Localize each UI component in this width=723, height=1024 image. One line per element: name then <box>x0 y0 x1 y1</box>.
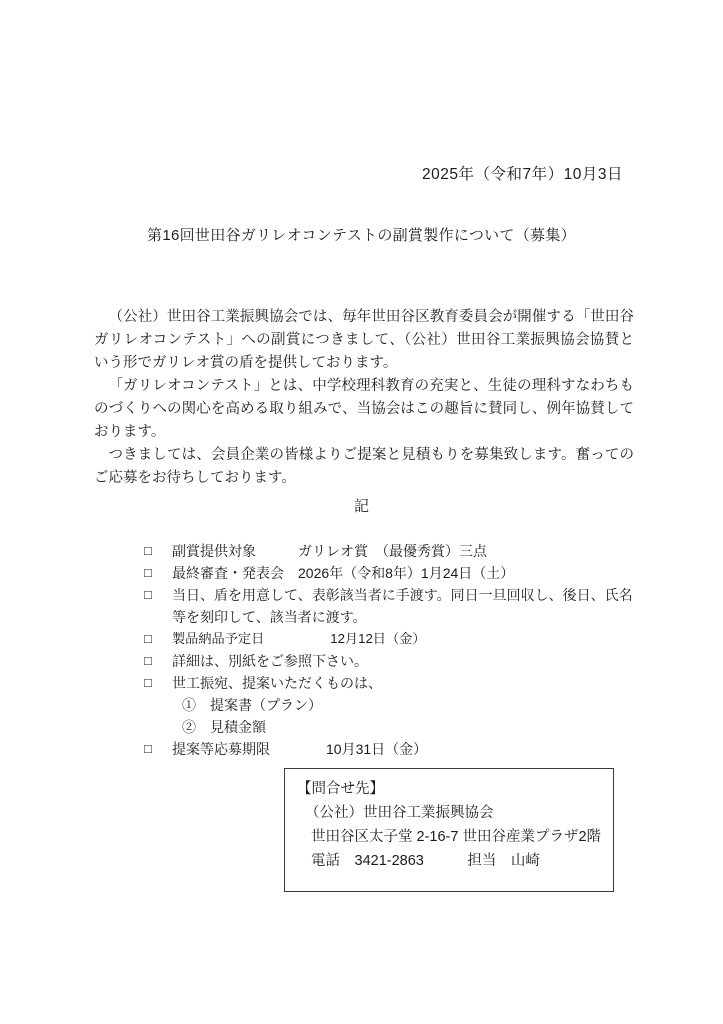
list-item: □ 世工振宛、提案いただくものは、 <box>144 672 644 694</box>
list-item: □ 提案等応募期限 10月31日（金） <box>144 738 644 760</box>
list-item: □ 副賞提供対象 ガリレオ賞 （最優秀賞）三点 <box>144 540 644 562</box>
checkbox-bullet-icon: □ <box>144 540 172 562</box>
document-title: 第16回世田谷ガリレオコンテストの副賞製作について（募集） <box>0 224 723 245</box>
document-date: 2025年（令和7年）10月3日 <box>422 162 623 184</box>
list-item-text: 世工振宛、提案いただくものは、 <box>172 672 640 694</box>
list-item: □ 製品納品予定日 12月12日（金） <box>144 628 644 650</box>
contact-address: 世田谷区太子堂 2-16-7 世田谷産業プラザ2階 <box>297 825 603 849</box>
contact-heading: 【問合せ先】 <box>297 777 603 801</box>
list-item: □ 詳細は、別紙をご参照下さい。 <box>144 650 644 672</box>
item-list: □ 副賞提供対象 ガリレオ賞 （最優秀賞）三点 □ 最終審査・発表会 2026年… <box>144 540 644 760</box>
list-item-text: 製品納品予定日 12月12日（金） <box>172 628 640 650</box>
checkbox-bullet-icon: □ <box>144 584 172 606</box>
paragraph-1: （公社）世田谷工業振興協会では、毎年世田谷区教育委員会が開催する「世田谷ガリレオ… <box>94 306 634 375</box>
list-item-text: 当日、盾を用意して、表彰該当者に手渡す。同日一旦回収し、後日、氏名等を刻印して、… <box>172 584 640 628</box>
paragraph-3: つきましては、会員企業の皆様よりご提案と見積もりを募集致します。奮ってのご応募を… <box>94 444 634 490</box>
contact-org: （公社）世田谷工業振興協会 <box>297 801 603 825</box>
record-marker: 記 <box>0 495 723 516</box>
checkbox-bullet-icon: □ <box>144 738 172 760</box>
list-item: □ 当日、盾を用意して、表彰該当者に手渡す。同日一旦回収し、後日、氏名等を刻印し… <box>144 584 644 628</box>
list-item: □ 最終審査・発表会 2026年（令和8年）1月24日（土） <box>144 562 644 584</box>
checkbox-bullet-icon: □ <box>144 628 172 650</box>
sub-item: ② 見積金額 <box>144 716 644 738</box>
checkbox-bullet-icon: □ <box>144 672 172 694</box>
list-item-text: 最終審査・発表会 2026年（令和8年）1月24日（土） <box>172 562 640 584</box>
contact-box: 【問合せ先】 （公社）世田谷工業振興協会 世田谷区太子堂 2-16-7 世田谷産… <box>284 768 614 892</box>
checkbox-bullet-icon: □ <box>144 562 172 584</box>
list-item-text: 詳細は、別紙をご参照下さい。 <box>172 650 640 672</box>
list-item-text: 提案等応募期限 10月31日（金） <box>172 738 640 760</box>
checkbox-bullet-icon: □ <box>144 650 172 672</box>
list-item-text: 副賞提供対象 ガリレオ賞 （最優秀賞）三点 <box>172 540 640 562</box>
scanned-document-page: 2025年（令和7年）10月3日 第16回世田谷ガリレオコンテストの副賞製作につ… <box>0 0 723 1024</box>
paragraph-2: 「ガリレオコンテスト」とは、中学校理科教育の充実と、生徒の理科すなわちものづくり… <box>94 375 634 444</box>
sub-item: ① 提案書（プラン） <box>144 694 644 716</box>
document-body: （公社）世田谷工業振興協会では、毎年世田谷区教育委員会が開催する「世田谷ガリレオ… <box>94 306 634 490</box>
contact-phone: 電話 3421-2863 担当 山崎 <box>297 849 603 873</box>
